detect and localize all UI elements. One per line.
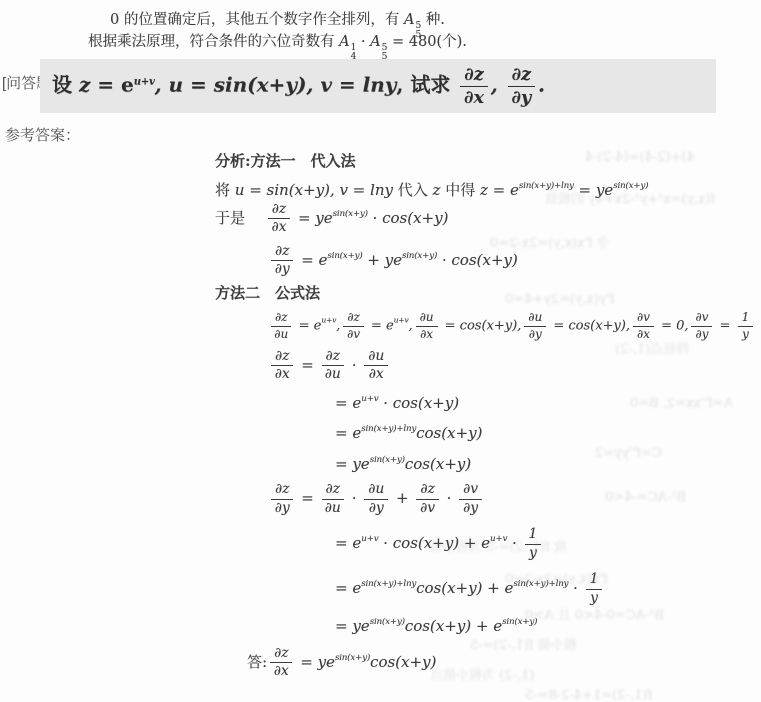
reference-answer-body: 分析:方法一 代入法将 u = sin(x+y), v = lny 代入 z 中… — [215, 146, 761, 679]
superscript: sin(x+y) — [335, 652, 370, 662]
fraction: ∂z∂x — [268, 202, 290, 236]
math-text: · — [442, 489, 456, 507]
math-text: = ye — [295, 652, 334, 670]
fraction: ∂u∂y — [524, 311, 546, 341]
fraction-numerator: ∂z — [268, 202, 290, 219]
cn-text: 方法二 公式法 — [215, 284, 320, 302]
superscript: sin(x+y) — [370, 617, 405, 627]
fraction: ∂z∂u — [322, 349, 344, 383]
fraction: ∂v∂y — [459, 482, 482, 516]
math-text: = — [715, 319, 734, 334]
superscript: sin(x+y)+lny — [361, 424, 416, 434]
fraction: ∂z∂y — [508, 65, 535, 107]
superscript: u+v — [361, 534, 378, 544]
math-text: cos(x+y) + e — [405, 617, 502, 635]
fraction: ∂u∂x — [364, 349, 388, 383]
math-text: cos(x+y) — [405, 455, 471, 473]
math-text: = e — [335, 394, 361, 412]
math-text: A — [404, 12, 414, 28]
fraction-numerator: ∂z — [508, 65, 535, 87]
cn-text: 代入 — [393, 181, 433, 199]
fraction-numerator: ∂z — [270, 646, 292, 663]
answer-line: 方法二 公式法 — [215, 284, 761, 304]
cn-text: 于是 — [215, 209, 265, 227]
fraction-numerator: ∂u — [364, 349, 388, 366]
math-text: · cos(x+y) — [368, 209, 449, 227]
math-text: cos(x+y) — [416, 424, 482, 442]
bleedthrough-text: 故 f(1,-2)=-5 为极小值 — [430, 536, 567, 555]
fraction-denominator: ∂v — [420, 500, 435, 516]
fraction-numerator: ∂v — [633, 311, 654, 326]
fraction-numerator: ∂z — [322, 349, 344, 366]
cn-text: 答: — [247, 652, 267, 670]
fraction-numerator: ∂z — [271, 244, 293, 261]
fraction: ∂z∂y — [271, 482, 293, 516]
cn-text: 分析:方法一 代入法 — [215, 152, 356, 170]
math-text: = e — [335, 534, 361, 552]
answer-line: = esin(x+y)+lnycos(x+y) — [335, 424, 761, 444]
superscript: sin(x+y) — [333, 209, 368, 219]
math-text: u = sin(x+y), v = lny — [235, 181, 393, 199]
superscript: sin(x+y)+lny — [361, 579, 416, 589]
fraction-denominator: ∂y — [512, 87, 532, 108]
bleedthrough-text: C=f''yy=2 — [595, 446, 662, 461]
fraction-denominator: ∂x — [369, 366, 384, 382]
superscript: sin(x+y) — [327, 251, 362, 261]
math-text: + — [391, 489, 413, 507]
fraction-numerator: ∂z — [416, 482, 438, 499]
math-text: z — [79, 73, 90, 97]
fraction-numerator: ∂z — [460, 65, 487, 87]
answer-line: 于是 ∂z∂x = yesin(x+y) · cos(x+y) — [215, 202, 761, 236]
math-text: = ye — [335, 617, 370, 635]
cn-text: , 试求 — [396, 73, 457, 97]
fraction-numerator: ∂z — [343, 311, 363, 326]
fraction-numerator: ∂v — [691, 311, 712, 326]
answer-line: ∂z∂u = eu+v,∂z∂v = eu+v,∂u∂x = cos(x+y),… — [268, 311, 761, 341]
fraction-numerator: 1 — [738, 311, 754, 326]
bleedthrough-text: B²-AC=0-4<0 且 A>0 — [525, 604, 664, 623]
math-text: = cos(x+y), — [441, 319, 522, 334]
math-text: · — [347, 356, 361, 374]
bleedthrough-text: f(x,y)=x²+y²-2x+4y 的极值 — [545, 188, 715, 207]
fraction-denominator: ∂u — [325, 500, 341, 516]
fraction-denominator: ∂x — [272, 219, 287, 235]
fraction-denominator: ∂y — [369, 500, 384, 516]
answer-line: ∂z∂y = ∂z∂u · ∂u∂y + ∂z∂v · ∂v∂y — [268, 482, 761, 516]
fraction-numerator: ∂v — [459, 482, 482, 499]
math-text: z = e — [480, 181, 519, 199]
math-text: + ye — [363, 251, 402, 269]
fraction: ∂z∂x — [271, 349, 293, 383]
math-text: · cos(x+y) — [437, 251, 518, 269]
fraction: ∂z∂v — [343, 311, 363, 341]
fraction-numerator: ∂z — [271, 482, 293, 499]
page: { "colors": { "page_bg": "#fdfdfd", "hig… — [0, 0, 761, 702]
fraction-denominator: ∂y — [529, 327, 542, 341]
math-text: cos(x+y) — [370, 652, 436, 670]
fraction-numerator: ∂u — [364, 482, 388, 499]
superscript: u+v — [361, 394, 378, 404]
fraction: ∂z∂u — [271, 311, 291, 341]
bleedthrough-text: 极小值 f(1,-2)=-5 — [470, 634, 577, 653]
fraction-denominator: ∂u — [325, 366, 341, 382]
math-text: · — [347, 489, 361, 507]
fraction-numerator: ∂z — [322, 482, 344, 499]
superscript: sin(x+y) — [370, 455, 405, 465]
cn-text: 0 的位置确定后，其他五个数字作全排列，有 — [110, 12, 404, 28]
superscript: u+v — [321, 316, 336, 325]
fraction-denominator: ∂x — [464, 87, 484, 108]
fraction: ∂u∂x — [416, 311, 438, 341]
fraction-numerator: ∂z — [271, 349, 293, 366]
bleedthrough-text: 令 f'x(x,y)=2x-2=0 — [490, 232, 610, 251]
math-text: = e — [335, 424, 361, 442]
fraction: ∂u∂y — [364, 482, 388, 516]
math-text: = ye — [293, 209, 332, 227]
fraction: ∂z∂u — [322, 482, 344, 516]
fraction-denominator: ∂y — [463, 500, 478, 516]
cn-text: · — [356, 34, 370, 50]
cn-text: = 480(个). — [387, 34, 466, 50]
bleedthrough-text: B²-AC=-4<0 — [605, 490, 686, 505]
fraction-denominator: ∂u — [274, 327, 288, 341]
math-text: = cos(x+y), — [549, 319, 630, 334]
fraction-denominator: ∂v — [347, 327, 360, 341]
fraction: ∂z∂x — [270, 646, 292, 680]
fraction: 1y — [738, 311, 754, 341]
math-text: = — [296, 489, 318, 507]
fraction: ∂z∂v — [416, 482, 438, 516]
fraction-denominator: ∂x — [274, 663, 289, 679]
cn-text: 中得 — [440, 181, 480, 199]
math-text: A — [370, 34, 380, 50]
fraction-numerator: ∂u — [416, 311, 438, 326]
math-text: cos(x+y) + e — [416, 579, 513, 597]
cn-text: 根据乘法原理，符合条件的六位奇数有 — [88, 34, 339, 50]
fraction-denominator: ∂y — [275, 261, 290, 277]
cn-text: 种. — [421, 12, 445, 28]
math-text: · cos(x+y) — [378, 394, 459, 412]
question-row: [问答题] 设 z = eu+v, u = sin(x+y), v = lny,… — [0, 59, 761, 115]
fraction-numerator: ∂z — [271, 311, 291, 326]
fraction: ∂z∂y — [271, 244, 293, 278]
math-text: , — [491, 73, 505, 97]
cn-text: 将 — [215, 181, 235, 199]
math-text: = e — [294, 319, 321, 334]
bleedthrough-text: 得驻点(1,-2) — [615, 338, 689, 357]
bleedthrough-text: 4)+(2-4)=(4-2)·4 — [585, 150, 695, 165]
reference-answer-label: 参考答案： — [5, 124, 80, 145]
math-text: = ye — [335, 455, 370, 473]
fraction-denominator: ∂y — [695, 327, 708, 341]
fraction-denominator: ∂x — [275, 366, 290, 382]
cn-text: 设 — [52, 73, 79, 97]
fraction: ∂v∂x — [633, 311, 654, 341]
bleedthrough-text: f(1,-2)=1+4-2-8=-5 — [525, 688, 652, 702]
math-text: , u = sin(x+y), v = lny — [155, 73, 397, 97]
fraction: ∂z∂x — [460, 65, 487, 107]
bleedthrough-text: (1,-2) 为极小值点 — [430, 664, 534, 683]
superscript: u+v — [134, 77, 155, 88]
fraction-denominator: ∂x — [420, 327, 433, 341]
fraction-denominator: ∂y — [275, 500, 290, 516]
cn-text: = e — [90, 73, 133, 97]
math-text: = 0, — [657, 319, 689, 334]
math-text: , — [336, 319, 340, 334]
prior-line: 根据乘法原理，符合条件的六位奇数有 A14 · A55 = 480(个). — [88, 30, 467, 63]
fraction: ∂v∂y — [691, 311, 712, 341]
math-text: = — [296, 356, 318, 374]
math-text: = e — [296, 251, 327, 269]
bleedthrough-text: f'x(x,y)=2x-2=0 — [505, 572, 608, 587]
superscript: sin(x+y) — [402, 251, 437, 261]
fraction-denominator: y — [742, 327, 749, 341]
math-text: = e — [335, 579, 361, 597]
math-text: . — [538, 73, 545, 97]
math-text: A — [339, 34, 349, 50]
fraction-numerator: ∂u — [524, 311, 546, 326]
question-formula: 设 z = eu+v, u = sin(x+y), v = lny, 试求 ∂z… — [52, 65, 545, 107]
question-highlight-box: 设 z = eu+v, u = sin(x+y), v = lny, 试求 ∂z… — [40, 59, 716, 113]
bleedthrough-text: A=f''xx=2, B=0 — [630, 396, 733, 411]
superscript: u+v — [394, 316, 409, 325]
answer-line: = yesin(x+y)cos(x+y) — [335, 455, 761, 475]
math-text: = e — [367, 319, 394, 334]
math-text: , — [408, 319, 412, 334]
bleedthrough-text: f'y(x,y)=2y+4=0 — [505, 292, 615, 307]
